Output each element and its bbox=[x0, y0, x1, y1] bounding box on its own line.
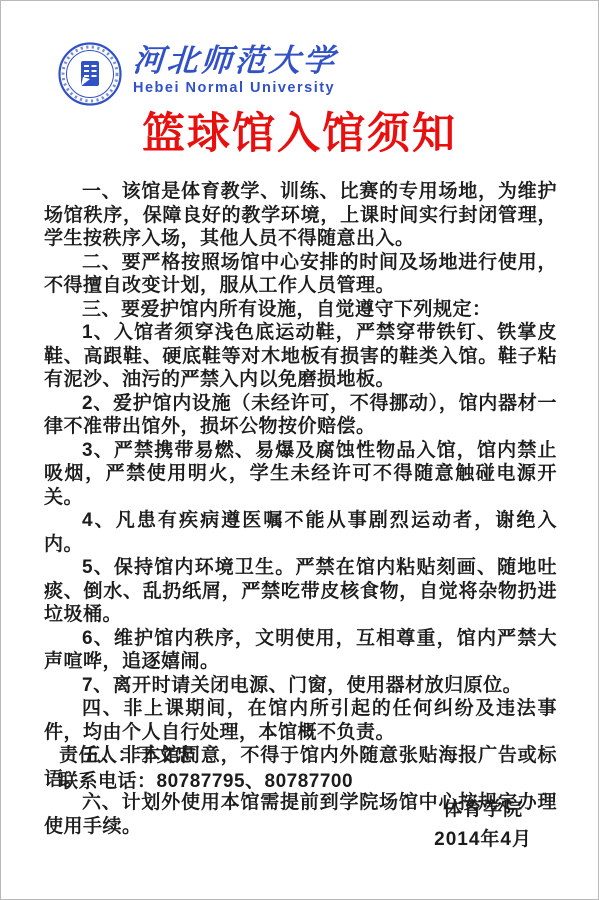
notice-paragraph: 4、凡患有疾病遵医嘱不能从事剧烈运动者，谢绝入内。 bbox=[44, 509, 557, 556]
notice-paragraph: 2、爱护馆内设施（未经许可，不得挪动），馆内器材一律不准带出馆外，损坏公物按价赔… bbox=[44, 392, 557, 439]
notice-paragraph: 1、入馆者须穿浅色底运动鞋，严禁穿带铁钉、铁掌皮鞋、高跟鞋、硬底鞋等对木地板有损… bbox=[44, 321, 557, 392]
issue-date: 2014年4月 bbox=[434, 825, 532, 855]
notice-paragraph: 三、要爱护馆内所有设施，自觉遵守下列规定： bbox=[44, 298, 557, 322]
notice-document: 河北师范大学 Hebei Normal University 篮球馆入馆须知 一… bbox=[0, 0, 599, 900]
notice-paragraph: 3、严禁携带易燃、易爆及腐蚀性物品入馆，馆内禁止吸烟，严禁使用明火，学生未经许可… bbox=[44, 439, 557, 510]
issuing-department: 体育学院 bbox=[434, 795, 532, 825]
university-name-cn: 河北师范大学 bbox=[132, 43, 339, 79]
notice-body: 一、该馆是体育教学、训练、比赛的专用场地，为维护场馆秩序，保障良好的教学环境，上… bbox=[44, 180, 557, 838]
notice-paragraph: 一、该馆是体育教学、训练、比赛的专用场地，为维护场馆秩序，保障良好的教学环境，上… bbox=[44, 180, 557, 251]
university-name-en: Hebei Normal University bbox=[133, 79, 337, 97]
responsible-person: 责任人：于文忠 bbox=[59, 743, 353, 769]
notice-paragraph: 7、离开时请关闭电源、门窗，使用器材放归原位。 bbox=[44, 674, 557, 698]
university-brand: 河北师范大学 Hebei Normal University bbox=[133, 41, 337, 97]
notice-title: 篮球馆入馆须知 bbox=[1, 109, 598, 161]
contact-phone: 联系电话：80787795、80787700 bbox=[59, 769, 353, 795]
university-seal-icon bbox=[57, 41, 123, 107]
notice-paragraph: 6、维护馆内秩序，文明使用，互相尊重，馆内严禁大声喧哗，追逐嬉闹。 bbox=[44, 627, 557, 674]
university-header: 河北师范大学 Hebei Normal University bbox=[57, 41, 337, 107]
signature-block: 体育学院 2014年4月 bbox=[434, 795, 532, 855]
notice-paragraph: 二、要严格按照场馆中心安排的时间及场地进行使用，不得擅自改变计划，服从工作人员管… bbox=[44, 251, 557, 298]
contact-block: 责任人：于文忠 联系电话：80787795、80787700 bbox=[59, 743, 353, 795]
notice-paragraph: 四、非上课期间，在馆内所引起的任何纠纷及违法事件，均由个人自行处理，本馆概不负责… bbox=[44, 697, 557, 744]
notice-paragraph: 5、保持馆内环境卫生。严禁在馆内粘贴刻画、随地吐痰、倒水、乱扔纸屑，严禁吃带皮核… bbox=[44, 556, 557, 627]
